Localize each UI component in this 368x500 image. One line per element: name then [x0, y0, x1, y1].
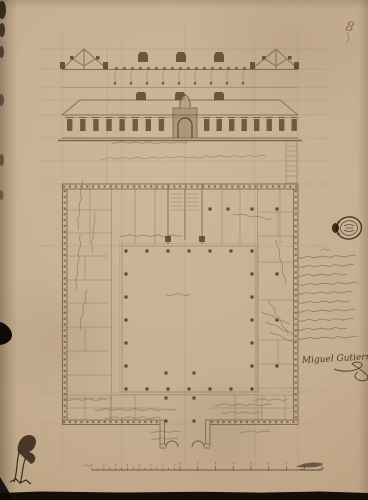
construction-guides: [40, 25, 330, 470]
pen-flourish-rubric: [10, 435, 36, 484]
sheet-number-mark: 8: [344, 19, 355, 35]
roof-truss-section: [60, 49, 299, 88]
scale-end-smudge: [296, 463, 323, 468]
graphic-scale-bar: [92, 463, 324, 471]
architectural-drawing: Miguel Gutierrez 8: [0, 0, 368, 500]
signature-paraph: [334, 362, 368, 381]
scanned-drawing-sheet: Miguel Gutierrez 8: [0, 0, 368, 500]
bottom-shadow-edge: [0, 492, 368, 500]
ink-blot: [0, 1, 12, 345]
main-facade-elevation: [58, 92, 302, 141]
ground-floor-plan: [62, 184, 298, 448]
stair-detail: [286, 141, 297, 183]
academy-stamp-icon: [332, 215, 363, 240]
signature: Miguel Gutierrez: [301, 352, 368, 366]
handwritten-annotations: [66, 142, 329, 466]
approval-inscription: [297, 255, 357, 340]
